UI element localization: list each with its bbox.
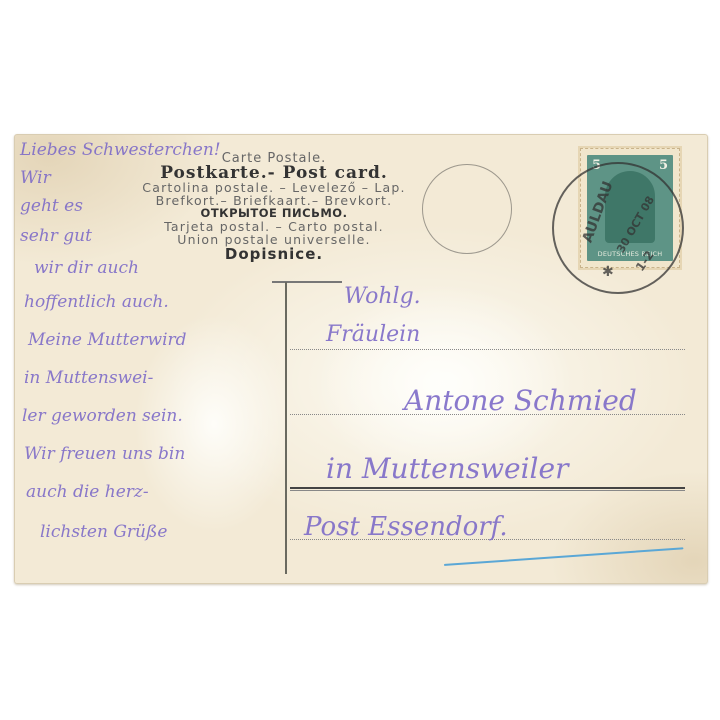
message-line: lichsten Grüße: [40, 522, 167, 542]
message-line: Wir: [20, 168, 51, 188]
postmark: AULDAU 30 OCT 08 1-2 ✱: [552, 162, 684, 294]
postcard: Carte Postale. Postkarte.- Post card. Ca…: [14, 134, 708, 584]
message-line: in Muttenswei-: [24, 368, 153, 388]
divider-line: [285, 282, 287, 574]
address-line-bold: [290, 487, 685, 491]
postmark-star-icon: ✱: [602, 264, 614, 280]
divider-cap: [272, 281, 342, 283]
message-line: auch die herz-: [26, 482, 149, 502]
postcard-header: Carte Postale. Postkarte.- Post card. Ca…: [104, 152, 444, 263]
postmark-time: 1-2: [633, 248, 657, 274]
address-post: Post Essendorf.: [304, 512, 508, 542]
address-title: Fräulein: [326, 322, 420, 347]
stamp-value: 5: [659, 158, 668, 173]
address-town: in Muttensweiler: [326, 452, 568, 485]
message-line: Liebes Schwesterchen!: [20, 140, 221, 160]
address-salutation: Wohlg.: [344, 284, 421, 309]
message-line: hoffentlich auch.: [24, 292, 169, 312]
message-line: wir dir auch: [34, 258, 139, 278]
blue-pencil-underline: [444, 547, 684, 566]
postmark-town: AULDAU: [580, 179, 617, 245]
postmark-date: 30 OCT 08: [614, 194, 657, 255]
message-line: sehr gut: [20, 226, 92, 246]
address-name: Antone Schmied: [404, 384, 637, 417]
message-line: geht es: [20, 196, 83, 216]
header-line: Dopisnice.: [104, 246, 444, 263]
message-line: Meine Mutterwird: [28, 330, 187, 350]
header-title: Postkarte.- Post card.: [104, 165, 444, 181]
message-line: ler geworden sein.: [22, 406, 183, 426]
address-line: [290, 349, 685, 350]
message-line: Wir freuen uns bin: [24, 444, 185, 464]
postmark-faint: [422, 164, 512, 254]
